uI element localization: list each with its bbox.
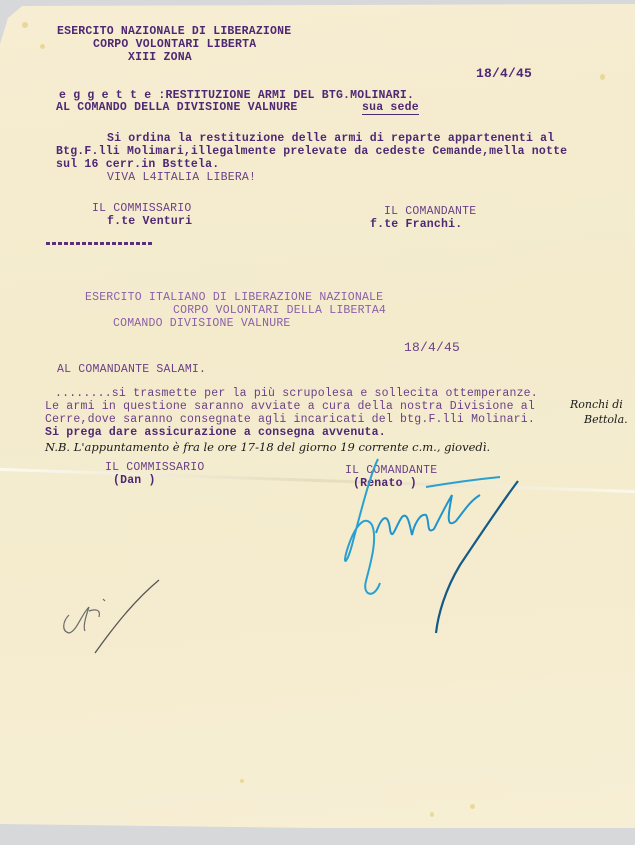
letter1-body-line1: Si ordina la restituzione delle armi di … [107, 132, 554, 145]
letter2-header-line1: ESERCITO ITALIANO DI LIBERAZIONE NAZIONA… [85, 291, 383, 304]
letter2-body-line4: Si prega dare assicurazione a consegna a… [45, 426, 386, 439]
letter1-commissario-title: IL COMMISSARIO [92, 202, 191, 215]
handwritten-insert-line1: Ronchi di [570, 398, 623, 411]
letter1-body-line2: Btg.F.lli Molimari,illegalmente prelevat… [56, 145, 567, 158]
letter1-comandante-title: IL COMANDANTE [384, 205, 476, 218]
letter2-recipient: AL COMANDANTE SALAMI. [57, 363, 206, 376]
letter2-body-line3: Cerre,dove saranno consegnate agli incar… [45, 413, 535, 426]
letter2-header-line3: COMANDO DIVISIONE VALNURE [113, 317, 291, 330]
letter2-commissario-name: (Dan ) [113, 474, 156, 487]
paper-fold [0, 468, 635, 493]
letter2-date: 18/4/45 [404, 341, 460, 354]
letter2-commissario-title: IL COMMISSARIO [105, 461, 204, 474]
letter1-comandante-name: f.te Franchi. [370, 218, 462, 231]
stain [470, 804, 475, 809]
letter1-header-line3: XIII ZONA [128, 51, 192, 64]
stain [240, 779, 244, 783]
pencil-initials-mark [55, 575, 165, 660]
letter1-header-line2: CORPO VOLONTARI LIBERTA [93, 38, 256, 51]
stain [40, 44, 45, 49]
letter1-date: 18/4/45 [476, 67, 532, 80]
stain [430, 812, 434, 817]
handwritten-insert-line2: Bettola. [584, 413, 628, 426]
letter1-header-line1: ESERCITO NAZIONALE DI LIBERAZIONE [57, 25, 291, 38]
letter1-slogan: VIVA L4ITALIA LIBERA! [107, 171, 256, 184]
letter2-body-line1: ........si trasmette per la più scrupole… [55, 387, 538, 400]
letter1-recipient: AL COMANDO DELLA DIVISIONE VALNURE [56, 101, 297, 114]
letter2-body-line2: Le armi in questione saranno avviate a c… [45, 400, 535, 413]
handwritten-note: N.B. L'appuntamento è fra le ore 17-18 d… [45, 440, 490, 454]
letter1-location: sua sede [362, 101, 419, 115]
signature-renato [330, 455, 530, 640]
stain [22, 22, 28, 28]
letter1-commissario-name: f.te Venturi [107, 215, 192, 228]
letter2-header-line2: CORPO VOLONTARI DELLA LIBERTA4 [173, 304, 386, 317]
stain [600, 74, 605, 80]
letter1-body-line3: sul 16 cerr.in Bsttela. [56, 158, 219, 171]
separator-line [46, 242, 152, 245]
